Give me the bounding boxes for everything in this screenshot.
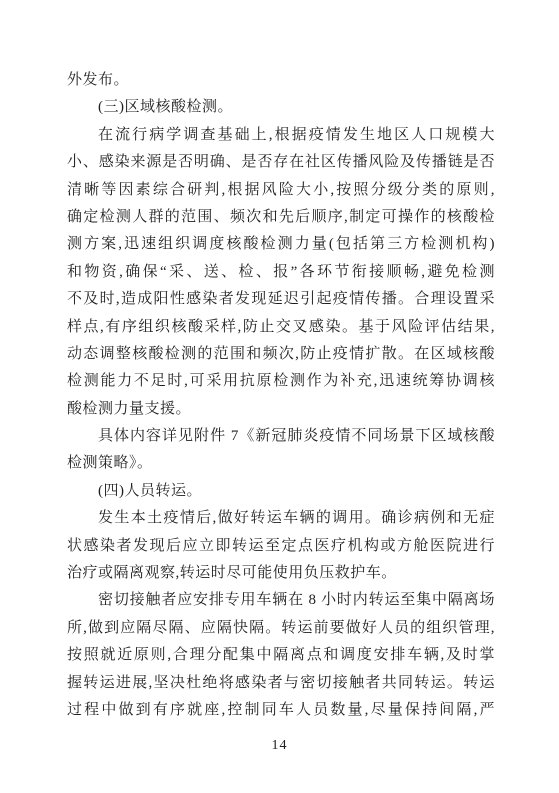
text-line: 不及时,造成阳性感染者发现延迟引起疫情传播。合理设置采 bbox=[67, 286, 495, 313]
text-line: 握转运进展,坚决杜绝将感染者与密切接触者共同转运。转运 bbox=[67, 670, 495, 697]
text-line: 样点,有序组织核酸采样,防止交叉感染。基于风险评估结果, bbox=[67, 314, 495, 341]
text-line: 状感染者发现后应立即转运至定点医疗机构或方舱医院进行 bbox=[67, 533, 495, 560]
text-line: 在流行病学调查基础上,根据疫情发生地区人口规模大 bbox=[67, 122, 495, 149]
page-number: 14 bbox=[0, 738, 559, 754]
text-line: 动态调整核酸检测的范围和频次,防止疫情扩散。在区域核酸 bbox=[67, 341, 495, 368]
document-page: 外发布。(三)区域核酸检测。在流行病学调查基础上,根据疫情发生地区人口规模大小、… bbox=[0, 0, 559, 793]
text-line: 按照就近原则,合理分配集中隔离点和调度安排车辆,及时掌 bbox=[67, 642, 495, 669]
text-line: 确定检测人群的范围、频次和先后顺序,制定可操作的核酸检 bbox=[67, 204, 495, 231]
text-line: 密切接触者应安排专用车辆在 8 小时内转运至集中隔离场 bbox=[67, 587, 495, 614]
text-line: 外发布。 bbox=[67, 67, 495, 94]
text-line: 检测能力不足时,可采用抗原检测作为补充,迅速统筹协调核 bbox=[67, 368, 495, 395]
text-line: 治疗或隔离观察,转运时尽可能使用负压救护车。 bbox=[67, 560, 495, 587]
text-line: 所,做到应隔尽隔、应隔快隔。转运前要做好人员的组织管理, bbox=[67, 615, 495, 642]
text-line: 发生本土疫情后,做好转运车辆的调用。确诊病例和无症 bbox=[67, 505, 495, 532]
text-line: 具体内容详见附件 7《新冠肺炎疫情不同场景下区域核酸 bbox=[67, 423, 495, 450]
text-line: 小、感染来源是否明确、是否存在社区传播风险及传播链是否 bbox=[67, 149, 495, 176]
text-line: (三)区域核酸检测。 bbox=[67, 94, 495, 121]
text-line: (四)人员转运。 bbox=[67, 478, 495, 505]
text-line: 过程中做到有序就座,控制同车人员数量,尽量保持间隔,严 bbox=[67, 697, 495, 724]
text-line: 酸检测力量支援。 bbox=[67, 396, 495, 423]
text-line: 清晰等因素综合研判,根据风险大小,按照分级分类的原则, bbox=[67, 177, 495, 204]
text-line: 和物资,确保“采、送、检、报”各环节衔接顺畅,避免检测 bbox=[67, 259, 495, 286]
text-line: 测方案,迅速组织调度核酸检测力量(包括第三方检测机构) bbox=[67, 231, 495, 258]
document-lines: 外发布。(三)区域核酸检测。在流行病学调查基础上,根据疫情发生地区人口规模大小、… bbox=[67, 67, 495, 724]
text-line: 检测策略》。 bbox=[67, 450, 495, 477]
